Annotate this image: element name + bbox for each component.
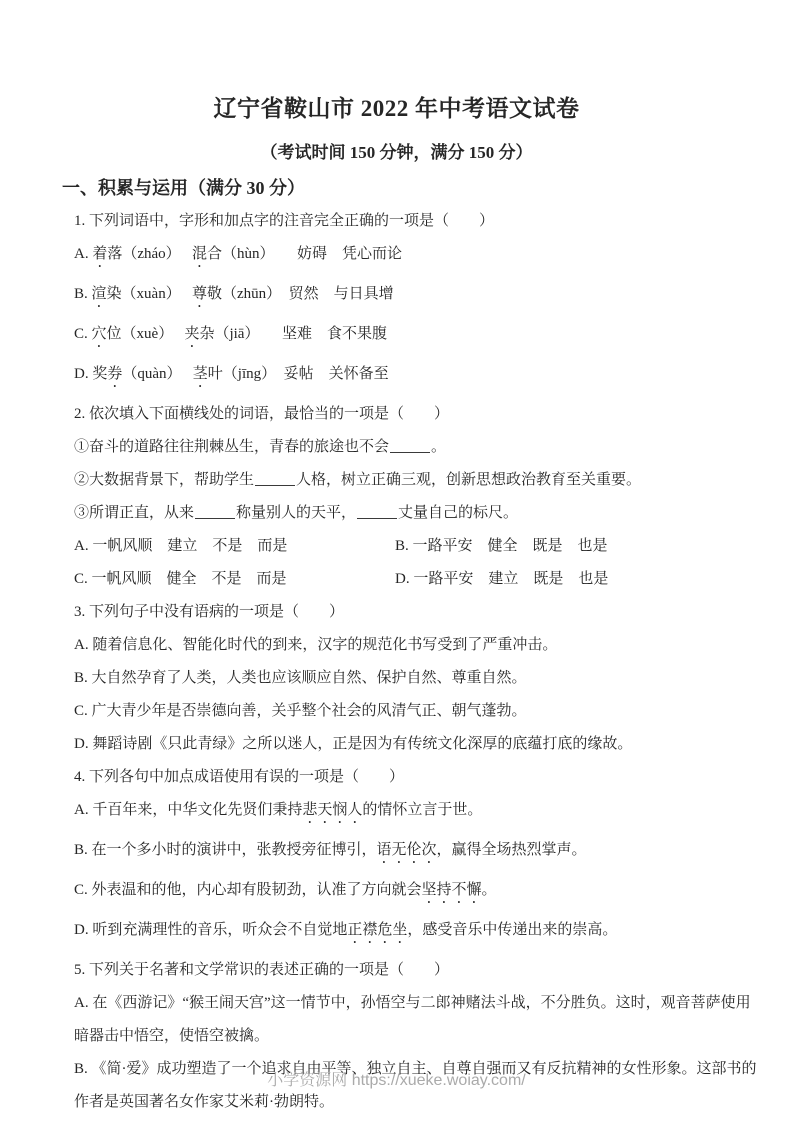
text-run: ③所谓正直，从来 [74, 505, 194, 521]
question-1-stem: 1. 下列词语中，字形和加点字的注音完全正确的一项是（ ） [74, 212, 743, 231]
section-1-heading: 一、积累与运用（满分 30 分） [0, 178, 793, 199]
question-2-sentence-2: ②大数据背景下，帮助学生人格，树立正确三观，创新思想政治教育至关重要。 [74, 471, 743, 490]
page-title: 辽宁省鞍山市 2022 年中考语文试卷 [0, 0, 793, 122]
question-2-options-row-1-left: A. 一帆风顺 建立 不是 而是 [74, 537, 395, 556]
text-run: 正襟危坐 [347, 922, 407, 938]
text-run: 合（hùn） 妨碍 凭心而论 [207, 246, 402, 262]
text-run: 1. 下列词语中，字形和加点字的注音完全正确的一项是（ ） [74, 213, 494, 229]
text-run: 人格，树立正确三观，创新思想政治教育至关重要。 [296, 472, 641, 488]
text-run: B. 大自然孕育了人类，人类也应该顺应自然、保护自然、尊重自然。 [74, 670, 527, 686]
text-run: 位（xuè） [107, 326, 185, 342]
text-run: D. 奖 [74, 366, 107, 382]
question-3-stem: 3. 下列句子中没有语病的一项是（ ） [74, 603, 743, 622]
text-run: C. 外表温和的他，内心却有股韧劲，认准了方向就会 [74, 882, 422, 898]
question-5-option-a-line-1: A. 在《西游记》“猴王闹天宫”这一情节中，孙悟空与二郎神赌法斗战，不分胜负。这… [74, 994, 743, 1013]
text-run: 称量别人的天平， [236, 505, 356, 521]
text-run: C. 广大青少年是否崇德向善，关乎整个社会的风清气正、朝气蓬勃。 [74, 703, 527, 719]
text-run: 混 [192, 246, 207, 262]
text-run: 语无伦次 [377, 842, 437, 858]
question-5-option-a-line-2: 暗器击中悟空，使悟空被擒。 [74, 1027, 743, 1046]
text-run: 3. 下列句子中没有语病的一项是（ ） [74, 604, 344, 620]
text-run: 染（xuàn） [107, 286, 192, 302]
document-body: 1. 下列词语中，字形和加点字的注音完全正确的一项是（ ）A. 着落（zháo）… [0, 199, 793, 1112]
text-run: A. 千百年来，中华文化先贤们秉持 [74, 802, 302, 818]
text-run: A. 一帆风顺 建立 不是 而是 [74, 538, 287, 554]
question-3-option-c: C. 广大青少年是否崇德向善，关乎整个社会的风清气正、朝气蓬勃。 [74, 702, 743, 721]
question-5-option-b-line-2: 作者是英国著名女作家艾米莉·勃朗特。 [74, 1093, 743, 1112]
question-2-options-row-2-left: C. 一帆风顺 健全 不是 而是 [74, 570, 395, 589]
text-run: ②大数据背景下，帮助学生 [74, 472, 254, 488]
text-run: 的情怀立言于世。 [362, 802, 482, 818]
text-run: 穴 [92, 326, 107, 342]
text-run: 作者是英国著名女作家艾米莉·勃朗特。 [74, 1094, 334, 1110]
text-run: 暗器击中悟空，使悟空被擒。 [74, 1028, 269, 1044]
question-2-stem: 2. 依次填入下面横线处的词语，最恰当的一项是（ ） [74, 405, 743, 424]
question-1-option-a: A. 着落（zháo） 混合（hùn） 妨碍 凭心而论 [74, 245, 743, 271]
text-run: 坚持不懈 [422, 882, 482, 898]
question-1-option-d: D. 奖券（quàn） 茎叶（jīng） 妥帖 关怀备至 [74, 365, 743, 391]
text-run: C. 一帆风顺 健全 不是 而是 [74, 571, 287, 587]
blank-underline [195, 504, 235, 519]
question-2-options-row-1-right: B. 一路平安 健全 既是 也是 [395, 537, 743, 556]
text-run: 丈量自己的标尺。 [398, 505, 518, 521]
watermark-footer: 小学资源网 https://xueke.woiay.com/ [0, 1067, 793, 1090]
exam-info-subtitle: （考试时间 150 分钟，满分 150 分） [0, 143, 793, 162]
text-run: A. 在《西游记》“猴王闹天宫”这一情节中，孙悟空与二郎神赌法斗战，不分胜负。这… [74, 995, 751, 1011]
text-run: D. 一路平安 建立 既是 也是 [395, 571, 608, 587]
text-run: 2. 依次填入下面横线处的词语，最恰当的一项是（ ） [74, 406, 449, 422]
text-run: 悲天悯人 [302, 802, 362, 818]
text-run: ，赢得全场热烈掌声。 [437, 842, 587, 858]
blank-underline [255, 471, 295, 486]
text-run: 。 [482, 882, 497, 898]
text-run: （quàn） [122, 366, 192, 382]
text-run: 券 [107, 366, 122, 382]
question-2-options-row-2-right: D. 一路平安 建立 既是 也是 [395, 570, 743, 589]
text-run: 茎 [193, 366, 208, 382]
text-run: A. [74, 246, 92, 262]
text-run: 尊 [192, 286, 207, 302]
text-run: 叶（jīng） 妥帖 关怀备至 [208, 366, 389, 382]
blank-underline [357, 504, 397, 519]
text-run: 着 [92, 246, 107, 262]
blank-underline [390, 438, 430, 453]
text-run: 渲 [92, 286, 107, 302]
question-4-option-a: A. 千百年来，中华文化先贤们秉持悲天悯人的情怀立言于世。 [74, 801, 743, 827]
question-4-option-b: B. 在一个多小时的演讲中，张教授旁征博引，语无伦次，赢得全场热烈掌声。 [74, 841, 743, 867]
text-run: B. [74, 286, 92, 302]
text-run: B. 在一个多小时的演讲中，张教授旁征博引， [74, 842, 377, 858]
text-run: 5. 下列关于名著和文学常识的表述正确的一项是（ ） [74, 962, 449, 978]
question-3-option-b: B. 大自然孕育了人类，人类也应该顺应自然、保护自然、尊重自然。 [74, 669, 743, 688]
question-4-option-d: D. 听到充满理性的音乐，听众会不自觉地正襟危坐，感受音乐中传递出来的崇高。 [74, 921, 743, 947]
question-3-option-a: A. 随着信息化、智能化时代的到来，汉字的规范化书写受到了严重冲击。 [74, 636, 743, 655]
text-run: 4. 下列各句中加点成语使用有误的一项是（ ） [74, 769, 404, 785]
text-run: 杂（jiā） 坚难 食不果腹 [199, 326, 387, 342]
question-1-option-c: C. 穴位（xuè） 夹杂（jiā） 坚难 食不果腹 [74, 325, 743, 351]
question-3-option-d: D. 舞蹈诗剧《只此青绿》之所以迷人，正是因为有传统文化深厚的底蕴打底的缘故。 [74, 735, 743, 754]
question-2-sentence-1: ①奋斗的道路往往荆棘丛生，青春的旅途也不会。 [74, 438, 743, 457]
question-5-stem: 5. 下列关于名著和文学常识的表述正确的一项是（ ） [74, 961, 743, 980]
text-run: B. 一路平安 健全 既是 也是 [395, 538, 608, 554]
question-2-sentence-3: ③所谓正直，从来称量别人的天平，丈量自己的标尺。 [74, 504, 743, 523]
question-1-option-b: B. 渲染（xuàn） 尊敬（zhūn） 贸然 与日具增 [74, 285, 743, 311]
question-2-options-row-2: C. 一帆风顺 健全 不是 而是D. 一路平安 建立 既是 也是 [74, 570, 743, 589]
text-run: 敬（zhūn） 贸然 与日具增 [207, 286, 394, 302]
text-run: ①奋斗的道路往往荆棘丛生，青春的旅途也不会 [74, 439, 389, 455]
text-run: D. 舞蹈诗剧《只此青绿》之所以迷人，正是因为有传统文化深厚的底蕴打底的缘故。 [74, 736, 632, 752]
text-run: A. 随着信息化、智能化时代的到来，汉字的规范化书写受到了严重冲击。 [74, 637, 557, 653]
question-4-option-c: C. 外表温和的他，内心却有股韧劲，认准了方向就会坚持不懈。 [74, 881, 743, 907]
text-run: 。 [431, 439, 446, 455]
text-run: C. [74, 326, 92, 342]
text-run: ，感受音乐中传递出来的崇高。 [407, 922, 617, 938]
text-run: D. 听到充满理性的音乐，听众会不自觉地 [74, 922, 347, 938]
question-2-options-row-1: A. 一帆风顺 建立 不是 而是B. 一路平安 健全 既是 也是 [74, 537, 743, 556]
text-run: 夹 [184, 326, 199, 342]
text-run: 落（zháo） [107, 246, 192, 262]
exam-paper-page: 辽宁省鞍山市 2022 年中考语文试卷 （考试时间 150 分钟，满分 150 … [0, 0, 793, 1122]
question-4-stem: 4. 下列各句中加点成语使用有误的一项是（ ） [74, 768, 743, 787]
